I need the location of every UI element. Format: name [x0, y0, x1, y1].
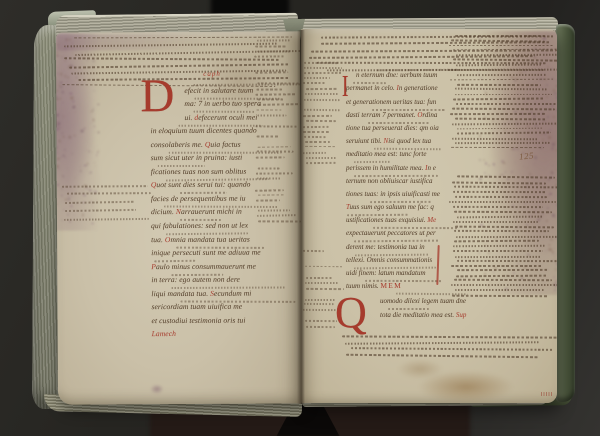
- gloss-line: [454, 35, 544, 37]
- text-line: dicium. Narrauerunt michi in: [151, 203, 301, 217]
- gloss-line: [449, 45, 554, 46]
- rubric-heading-caph: caph: [203, 70, 221, 78]
- text-line: uidi finem: latum mandatum: [346, 265, 468, 278]
- psalm-line-text: efecit in salutare tuum: [184, 85, 253, 94]
- gloss-line: [304, 99, 340, 101]
- gloss-line: [305, 141, 330, 143]
- psalm-line-text: Tuus sum ego saluum me fac: q: [346, 203, 434, 211]
- psalm-line-text: qui fabulationes: sed non ut lex: [151, 221, 248, 231]
- gloss-line: [255, 71, 288, 73]
- psalm-text-column: efecit in salutare tuumma: 7 in uerbo tu…: [150, 81, 301, 339]
- psalm-line-text: et custodiui testimonia oris tui: [152, 315, 246, 324]
- stain-speck: [59, 98, 61, 100]
- text-line: efecit in salutare tuum: [150, 81, 300, 95]
- text-line: ficationes tuas non sum oblitus: [151, 163, 301, 177]
- text-line: ui. defecerunt oculi mei: [150, 108, 300, 122]
- gloss-line: [455, 88, 547, 91]
- gloss-line: [303, 82, 325, 84]
- text-line: consolaberis me. Quia factus: [151, 136, 301, 150]
- text-line: tiones tuas: in ipsis uiuificasti me: [346, 186, 468, 199]
- text-line: sericordiam tuam uiuifica me: [151, 298, 301, 312]
- stain-speck: [62, 115, 65, 118]
- text-line: ternum non obliuiscar iustifica: [346, 173, 468, 186]
- psalm-line-text: uomodo dilexi legem tuam dne: [380, 297, 466, 305]
- stain-speck: [56, 114, 59, 117]
- psalm-line-text: dicium. Narrauerunt michi in: [151, 207, 242, 216]
- psalm-line-text: tione tua perseuerat dies: qm oia: [346, 124, 439, 132]
- gloss-line: [255, 46, 286, 48]
- stain-speck: [58, 158, 60, 160]
- gloss-line: [455, 196, 547, 198]
- psalm-line-text: Quot sunt dies serui tui: quando: [151, 180, 251, 190]
- stain-speck: [81, 130, 84, 133]
- stain-speck: [56, 82, 57, 83]
- gloss-line: [305, 282, 339, 284]
- right-page: I n eternum dne: uerbum tuumpermanet in …: [301, 29, 557, 403]
- gloss-line: [257, 51, 291, 53]
- text-line: facies de persequentibus me iu: [151, 190, 301, 204]
- stain-speck: [60, 169, 61, 170]
- gloss-line: [345, 341, 539, 344]
- gloss-line: [304, 72, 343, 74]
- stain-speck: [91, 110, 93, 112]
- stain-speck: [97, 103, 99, 105]
- gloss-line: [305, 146, 335, 148]
- stain-speck: [88, 173, 89, 174]
- stain-speck: [79, 165, 81, 167]
- stain-speck: [96, 154, 98, 156]
- psalm-line-text: facies de persequentibus me iu: [151, 194, 246, 203]
- psalm-line-text: sericordiam tuam uiuifica me: [151, 302, 242, 311]
- psalm-line-text: sum sicut uter in pruina: iusti: [151, 153, 243, 162]
- gloss-line: [455, 225, 554, 228]
- text-line: tione tua perseuerat dies: qm oia: [346, 120, 468, 133]
- stain-speck: [72, 100, 75, 103]
- bottom-gloss-band: [339, 335, 557, 363]
- psalm-line-text: tellexi. Omnis consummationis: [346, 256, 432, 264]
- text-line: meditatio mea est: tunc forte: [346, 146, 468, 159]
- gloss-line: [306, 162, 336, 164]
- text-line: uomodo dilexi legem tuam dne: [346, 291, 468, 306]
- gloss-line: [306, 277, 332, 279]
- gloss-line: [65, 209, 136, 212]
- gloss-line: [350, 347, 553, 351]
- gloss-line: [455, 118, 546, 121]
- psalm-line-text: uidi finem: latum mandatum: [346, 269, 426, 277]
- stain-speck: [91, 151, 93, 153]
- stain-speck: [75, 111, 76, 112]
- stain-speck: [58, 127, 61, 130]
- stain-speck: [58, 84, 60, 86]
- gloss-line: [304, 135, 326, 137]
- text-line: perissem in humilitate mea. In e: [346, 159, 468, 172]
- stain-speck: [64, 151, 65, 152]
- stain-speck: [63, 149, 65, 151]
- gloss-line: [454, 279, 552, 282]
- gloss-line: [457, 132, 551, 135]
- gloss-line: [304, 77, 330, 79]
- gloss-line: [456, 128, 542, 130]
- text-line: sum sicut uter in pruina: iusti: [151, 149, 301, 163]
- stain-speck: [56, 185, 58, 187]
- gloss-line: [456, 63, 542, 65]
- stain-speck: [56, 145, 57, 146]
- stain-speck: [87, 163, 89, 165]
- text-line: Quot sunt dies serui tui: quando: [151, 176, 301, 190]
- gloss-line: [305, 299, 335, 301]
- folio-number: 125: [519, 150, 535, 161]
- text-line: et custodiui testimonia oris tui: [151, 312, 301, 326]
- gloss-line: [304, 109, 340, 111]
- psalm-line-text: ui. defecerunt oculi mei: [184, 112, 257, 121]
- psalm-line-text: expectauerunt peccatores ut per: [346, 229, 436, 237]
- text-line: in eloquium tuum dicentes quando: [151, 122, 301, 136]
- gloss-line: [64, 218, 149, 221]
- psalm-line-text: tua. Omnia mandata tua ueritas: [151, 234, 250, 244]
- gloss-line: [304, 61, 338, 63]
- gloss-line: [455, 94, 552, 96]
- stain-speck: [72, 126, 73, 127]
- psalm-text-column-upper: n eternum dne: uerbum tuumpermanet in ce…: [346, 67, 468, 291]
- gloss-line: [306, 88, 338, 90]
- text-line: dasti terram 7 permanet. Ordina: [346, 107, 468, 120]
- stain-speck: [64, 157, 66, 159]
- gloss-line: [455, 142, 550, 144]
- stain-speck: [59, 140, 61, 142]
- psalm-line-text: inique persecuti sunt me adiuua me: [151, 248, 261, 258]
- stain-speck: [74, 177, 75, 178]
- corner-mark: [541, 392, 552, 396]
- stain-speck: [78, 175, 79, 176]
- gutter-shadow: [297, 30, 305, 404]
- stain-speck: [56, 147, 57, 149]
- left-page: caph D efecit in salutare tuumma: 7 in u…: [56, 31, 302, 404]
- gloss-line: [346, 354, 538, 359]
- gloss-line: [453, 49, 557, 51]
- gloss-line: [303, 152, 326, 154]
- gloss-line: [456, 54, 557, 56]
- gloss-line: [306, 325, 335, 328]
- psalm-line-text: seruiunt tibi. Nisi quod lex tua: [346, 137, 431, 145]
- psalm-line-text: ternum non obliuiscar iustifica: [346, 177, 433, 185]
- stain-speck: [57, 92, 58, 93]
- gloss-line: [457, 74, 547, 76]
- gloss-line: [304, 67, 342, 69]
- stain-speck: [57, 52, 58, 53]
- gloss-line: [64, 57, 279, 60]
- text-line: in terra: ego autem non dere: [151, 271, 301, 285]
- psalm-line-text: permanet in celo. In generatione: [346, 84, 438, 92]
- psalm-line-text: ficationes tuas non sum oblitus: [151, 166, 247, 176]
- gloss-line: [306, 120, 336, 122]
- stain-speck: [87, 170, 88, 171]
- gloss-line: [456, 275, 547, 277]
- stain-speck: [58, 68, 59, 69]
- stain-speck: [93, 163, 94, 164]
- margin-note: [62, 184, 152, 230]
- psalm-line-text: Lamech: [152, 329, 176, 338]
- gloss-line: [456, 103, 557, 105]
- gloss-line: [67, 192, 151, 194]
- stain-speck: [79, 104, 80, 105]
- stain-speck: [64, 175, 65, 176]
- stain-speck: [61, 157, 62, 158]
- text-line: tua. Omnia mandata tua ueritas: [151, 230, 301, 244]
- stain-speck: [62, 101, 64, 103]
- gloss-line: [457, 176, 555, 179]
- gloss-line: [457, 215, 544, 218]
- gloss-line: [342, 335, 557, 338]
- binding-cover-right: [556, 24, 575, 402]
- gloss-line: [456, 236, 557, 238]
- psalm-line-text: in eloquium tuum dicentes quando: [151, 126, 257, 136]
- text-line: tellexi. Omnis consummationis: [346, 252, 468, 265]
- stain-speck: [56, 67, 57, 68]
- psalm-line-text: tiones tuas: in ipsis uiuificasti me: [346, 190, 440, 198]
- stain-speck: [63, 154, 65, 156]
- gloss-line: [454, 210, 552, 213]
- psalm-text-column-lower: uomodo dilexi legem tuam dnetota die med…: [346, 291, 468, 320]
- gloss-line: [457, 269, 548, 271]
- psalm-line-text: ustificationes tuas exquisiui. Me: [346, 216, 436, 224]
- stain-speck: [72, 153, 73, 154]
- gloss-line: [305, 93, 339, 95]
- stain-speck: [83, 127, 86, 130]
- text-line: qui fabulationes: sed non ut lex: [151, 217, 301, 231]
- stain-speck: [56, 167, 58, 169]
- text-line: seruiunt tibi. Nisi quod lex tua: [346, 133, 468, 146]
- stain-speck: [56, 89, 58, 91]
- stain-speck: [73, 106, 76, 109]
- purple-spot-bottom: [150, 384, 164, 394]
- gloss-line: [303, 131, 329, 133]
- gloss-line: [306, 157, 337, 159]
- psalm-line-text: tota die meditatio mea est. Sup: [380, 311, 466, 319]
- gloss-line: [303, 303, 333, 305]
- stain-speck: [58, 153, 59, 154]
- stain-speck: [90, 172, 91, 173]
- stain-speck: [90, 122, 91, 123]
- manuscript-photo: caph D efecit in salutare tuumma: 7 in u…: [0, 0, 600, 436]
- stain-speck: [86, 150, 87, 151]
- stain-speck: [94, 132, 95, 133]
- stain-speck: [88, 151, 90, 153]
- gloss-line: [451, 39, 545, 42]
- psalm-line-text: liqui mandata tua. Secundum mi: [151, 288, 251, 298]
- stain-speck: [71, 97, 73, 99]
- psalm-line-text: dasti terram 7 permanet. Ordina: [346, 111, 437, 119]
- psalm-line-text: ma: 7 in uerbo tuo spera: [184, 99, 261, 108]
- text-line: derent me: testimonia tua in: [346, 238, 468, 251]
- stain-speck: [84, 164, 86, 166]
- gloss-line: [303, 126, 329, 128]
- text-line: liqui mandata tua. Secundum mi: [151, 285, 301, 299]
- stain-speck: [56, 133, 57, 134]
- psalm-line-text: n eternum dne: uerbum tuum: [356, 71, 437, 79]
- gloss-line: [257, 40, 290, 42]
- gloss-line: [64, 200, 134, 203]
- psalm-line-text: et generationem ueritas tua: fun: [346, 98, 436, 106]
- gloss-line: [455, 289, 545, 291]
- stain-speck: [59, 87, 61, 89]
- gloss-line: [62, 185, 148, 188]
- stain-speck: [97, 132, 99, 134]
- stain-speck: [57, 104, 58, 105]
- text-line: n eternum dne: uerbum tuum: [346, 67, 468, 80]
- text-line: expectauerunt peccatores ut per: [346, 225, 468, 238]
- gloss-line: [305, 320, 337, 322]
- psalm-line-text: consolaberis me. Quia factus: [151, 139, 241, 148]
- stain-speck: [95, 165, 96, 166]
- gloss-line: [457, 260, 557, 262]
- stain-speck: [56, 172, 57, 173]
- gloss-line: [457, 84, 541, 86]
- text-line: ma: 7 in uerbo tuo spera: [150, 95, 300, 109]
- stain-speck: [58, 73, 59, 74]
- stain-speck: [93, 125, 95, 127]
- stain-speck: [92, 119, 95, 122]
- gloss-line: [453, 59, 557, 62]
- psalm-line-text: derent me: testimonia tua in: [346, 243, 425, 251]
- text-line: Lamech: [152, 325, 302, 339]
- psalm-line-text: meditatio mea est: tunc forte: [346, 150, 426, 158]
- stain-speck: [68, 128, 69, 129]
- gloss-line: [64, 42, 277, 47]
- gloss-line: [305, 265, 343, 267]
- psalm-line-text: Paulo minus consummauerunt me: [151, 261, 256, 271]
- gloss-line: [254, 56, 285, 58]
- interlinear-gloss: [388, 307, 429, 309]
- text-line: permanet in celo. In generatione: [346, 80, 468, 93]
- interlinear-gloss: [396, 293, 468, 295]
- stain-speck: [62, 132, 64, 134]
- stain-speck: [56, 204, 57, 205]
- text-line: tota die meditatio mea est. Sup: [346, 306, 468, 321]
- gloss-line: [454, 186, 557, 189]
- stain-speck: [67, 167, 68, 168]
- psalm-line-text: in terra: ego autem non dere: [151, 275, 240, 284]
- stain-speck: [79, 170, 82, 173]
- stain-speck: [74, 135, 76, 137]
- text-line: inique persecuti sunt me adiuua me: [151, 244, 301, 258]
- text-line: Paulo minus consummauerunt me: [151, 257, 301, 271]
- stain-speck: [63, 136, 65, 138]
- gloss-line: [303, 115, 332, 117]
- text-line: Tuus sum ego saluum me fac: q: [346, 199, 468, 212]
- stain-speck: [56, 95, 57, 97]
- text-line: et generationem ueritas tua: fun: [346, 93, 468, 106]
- text-line: ustificationes tuas exquisiui. Me: [346, 212, 468, 225]
- gloss-line: [303, 250, 324, 252]
- inner-gloss-column-upper: [303, 61, 343, 171]
- psalm-line-text: perissem in humilitate mea. In e: [346, 164, 436, 172]
